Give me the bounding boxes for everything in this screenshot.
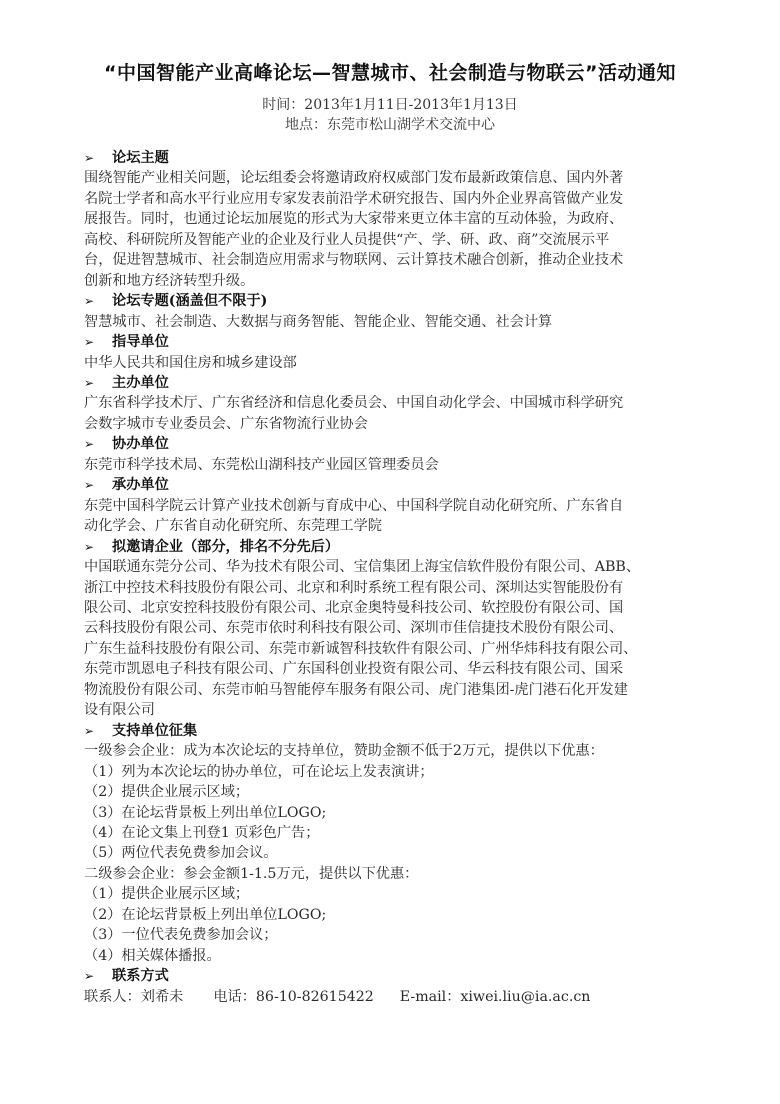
section-text-line: （2）提供企业展示区域； (84, 782, 684, 802)
section-text-line: 智慧城市、社会制造、大数据与商务智能、智能企业、智能交通、社会计算 (84, 312, 684, 332)
section-text-line: 围绕智能产业相关问题，论坛组委会将邀请政府权威部门发布最新政策信息、国内外著 (84, 168, 684, 188)
section-heading: ➢论坛主题 (84, 148, 684, 168)
section-text-line: （5）两位代表免费参加会议。 (84, 843, 684, 863)
section-text-line: 二级参会企业：参会金额1-1.5万元，提供以下优惠： (84, 864, 684, 884)
section-heading-text: 协办单位 (112, 436, 169, 452)
section-text-line: 广东省科学技术厅、广东省经济和信息化委员会、中国自动化学会、中国城市科学研究 (84, 393, 684, 413)
section-text-line: 物流股份有限公司、东莞市帕马智能停车服务有限公司、虎门港集团-虎门港石化开发建 (84, 680, 684, 700)
section-heading-text: 支持单位征集 (112, 723, 197, 739)
event-place: 地点：东莞市松山湖学术交流中心 (0, 114, 780, 134)
section-heading: ➢支持单位征集 (84, 721, 684, 741)
arrow-bullet-icon: ➢ (84, 373, 112, 393)
arrow-bullet-icon: ➢ (84, 148, 112, 168)
section-text-line: 展报告。同时，也通过论坛加展览的形式为大家带来更立体丰富的互动体验，为政府、 (84, 209, 684, 229)
arrow-bullet-icon: ➢ (84, 537, 112, 557)
section-heading: ➢协办单位 (84, 434, 684, 454)
section-text-line: 名院士学者和高水平行业应用专家发表前沿学术研究报告、国内外企业界高管做产业发 (84, 189, 684, 209)
section-text-line: 限公司、北京安控科技股份有限公司、北京金奥特曼科技公司、软控股份有限公司、国 (84, 598, 684, 618)
section-heading: ➢主办单位 (84, 373, 684, 393)
page-title: “中国智能产业高峰论坛—智慧城市、社会制造与物联云”活动通知 (0, 58, 780, 85)
contact-email[interactable]: E-mail：xiwei.liu@ia.ac.cn (400, 987, 591, 1007)
section-text-line: （1）提供企业展示区域； (84, 884, 684, 904)
section-heading: ➢拟邀请企业（部分，排名不分先后） (84, 537, 684, 557)
arrow-bullet-icon: ➢ (84, 434, 112, 454)
arrow-bullet-icon: ➢ (84, 721, 112, 741)
section-text-line: 云科技股份有限公司、东莞市依时利科技有限公司、深圳市佳信捷技术股份有限公司、 (84, 618, 684, 638)
section-text-line: 高校、科研院所及智能产业的企业及行业人员提供“产、学、研、政、商”交流展示平 (84, 230, 684, 250)
notice-body: ➢论坛主题围绕智能产业相关问题，论坛组委会将邀请政府权威部门发布最新政策信息、国… (84, 148, 684, 1007)
section-heading-text: 联系方式 (112, 968, 169, 984)
section-heading-text: 承办单位 (112, 477, 169, 493)
section-heading-text: 主办单位 (112, 375, 169, 391)
section-text-line: 东莞中国科学院云计算产业技术创新与育成中心、中国科学院自动化研究所、广东省自 (84, 496, 684, 516)
contact-phone: 电话：86-10-82615422 (213, 987, 373, 1007)
arrow-bullet-icon: ➢ (84, 475, 112, 495)
section-text-line: 一级参会企业：成为本次论坛的支持单位，赞助金额不低于2万元，提供以下优惠： (84, 741, 684, 761)
section-text-line: 浙江中控技术科技股份有限公司、北京和利时系统工程有限公司、深圳达实智能股份有 (84, 578, 684, 598)
section-text-line: 中国联通东莞分公司、华为技术有限公司、宝信集团上海宝信软件股份有限公司、ABB、 (84, 557, 684, 577)
section-heading: ➢论坛专题(涵盖但不限于) (84, 291, 684, 311)
section-text-line: 台，促进智慧城市、社会制造应用需求与物联网、云计算技术融合创新，推动企业技术 (84, 250, 684, 270)
section-text-line: 动化学会、广东省自动化研究所、东莞理工学院 (84, 516, 684, 536)
section-text-line: （3）一位代表免费参加会议； (84, 925, 684, 945)
section-text-line: （1）列为本次论坛的协办单位，可在论坛上发表演讲； (84, 762, 684, 782)
section-text-line: （2）在论坛背景板上列出单位LOGO; (84, 905, 684, 925)
contact-person: 联系人：刘希未 (84, 987, 183, 1007)
section-text-line: （3）在论坛背景板上列出单位LOGO; (84, 803, 684, 823)
section-heading: ➢承办单位 (84, 475, 684, 495)
section-heading-text: 拟邀请企业（部分，排名不分先后） (112, 539, 339, 555)
contact-line: 联系人：刘希未电话：86-10-82615422E-mail：xiwei.liu… (84, 987, 684, 1007)
section-text-line: 设有限公司 (84, 700, 684, 720)
section-heading-text: 论坛主题 (112, 150, 169, 166)
section-text-line: 会数字城市专业委员会、广东省物流行业协会 (84, 414, 684, 434)
section-heading: ➢指导单位 (84, 332, 684, 352)
section-heading: ➢联系方式 (84, 966, 684, 986)
section-heading-text: 指导单位 (112, 334, 169, 350)
arrow-bullet-icon: ➢ (84, 332, 112, 352)
section-text-line: 创新和地方经济转型升级。 (84, 271, 684, 291)
section-text-line: 广东生益科技股份有限公司、东莞市新诚智科技软件有限公司、广州华炜科技有限公司、 (84, 639, 684, 659)
section-heading-text: 论坛专题(涵盖但不限于) (112, 293, 267, 309)
section-text-line: （4）在论文集上刊登1 页彩色广告； (84, 823, 684, 843)
section-text-line: （4）相关媒体播报。 (84, 946, 684, 966)
section-text-line: 东莞市科学技术局、东莞松山湖科技产业园区管理委员会 (84, 455, 684, 475)
arrow-bullet-icon: ➢ (84, 966, 112, 986)
section-text-line: 中华人民共和国住房和城乡建设部 (84, 353, 684, 373)
event-time: 时间：2013年1月11日-2013年1月13日 (0, 94, 780, 114)
section-text-line: 东莞市凯恩电子科技有限公司、广东国科创业投资有限公司、华云科技有限公司、国采 (84, 659, 684, 679)
arrow-bullet-icon: ➢ (84, 291, 112, 311)
